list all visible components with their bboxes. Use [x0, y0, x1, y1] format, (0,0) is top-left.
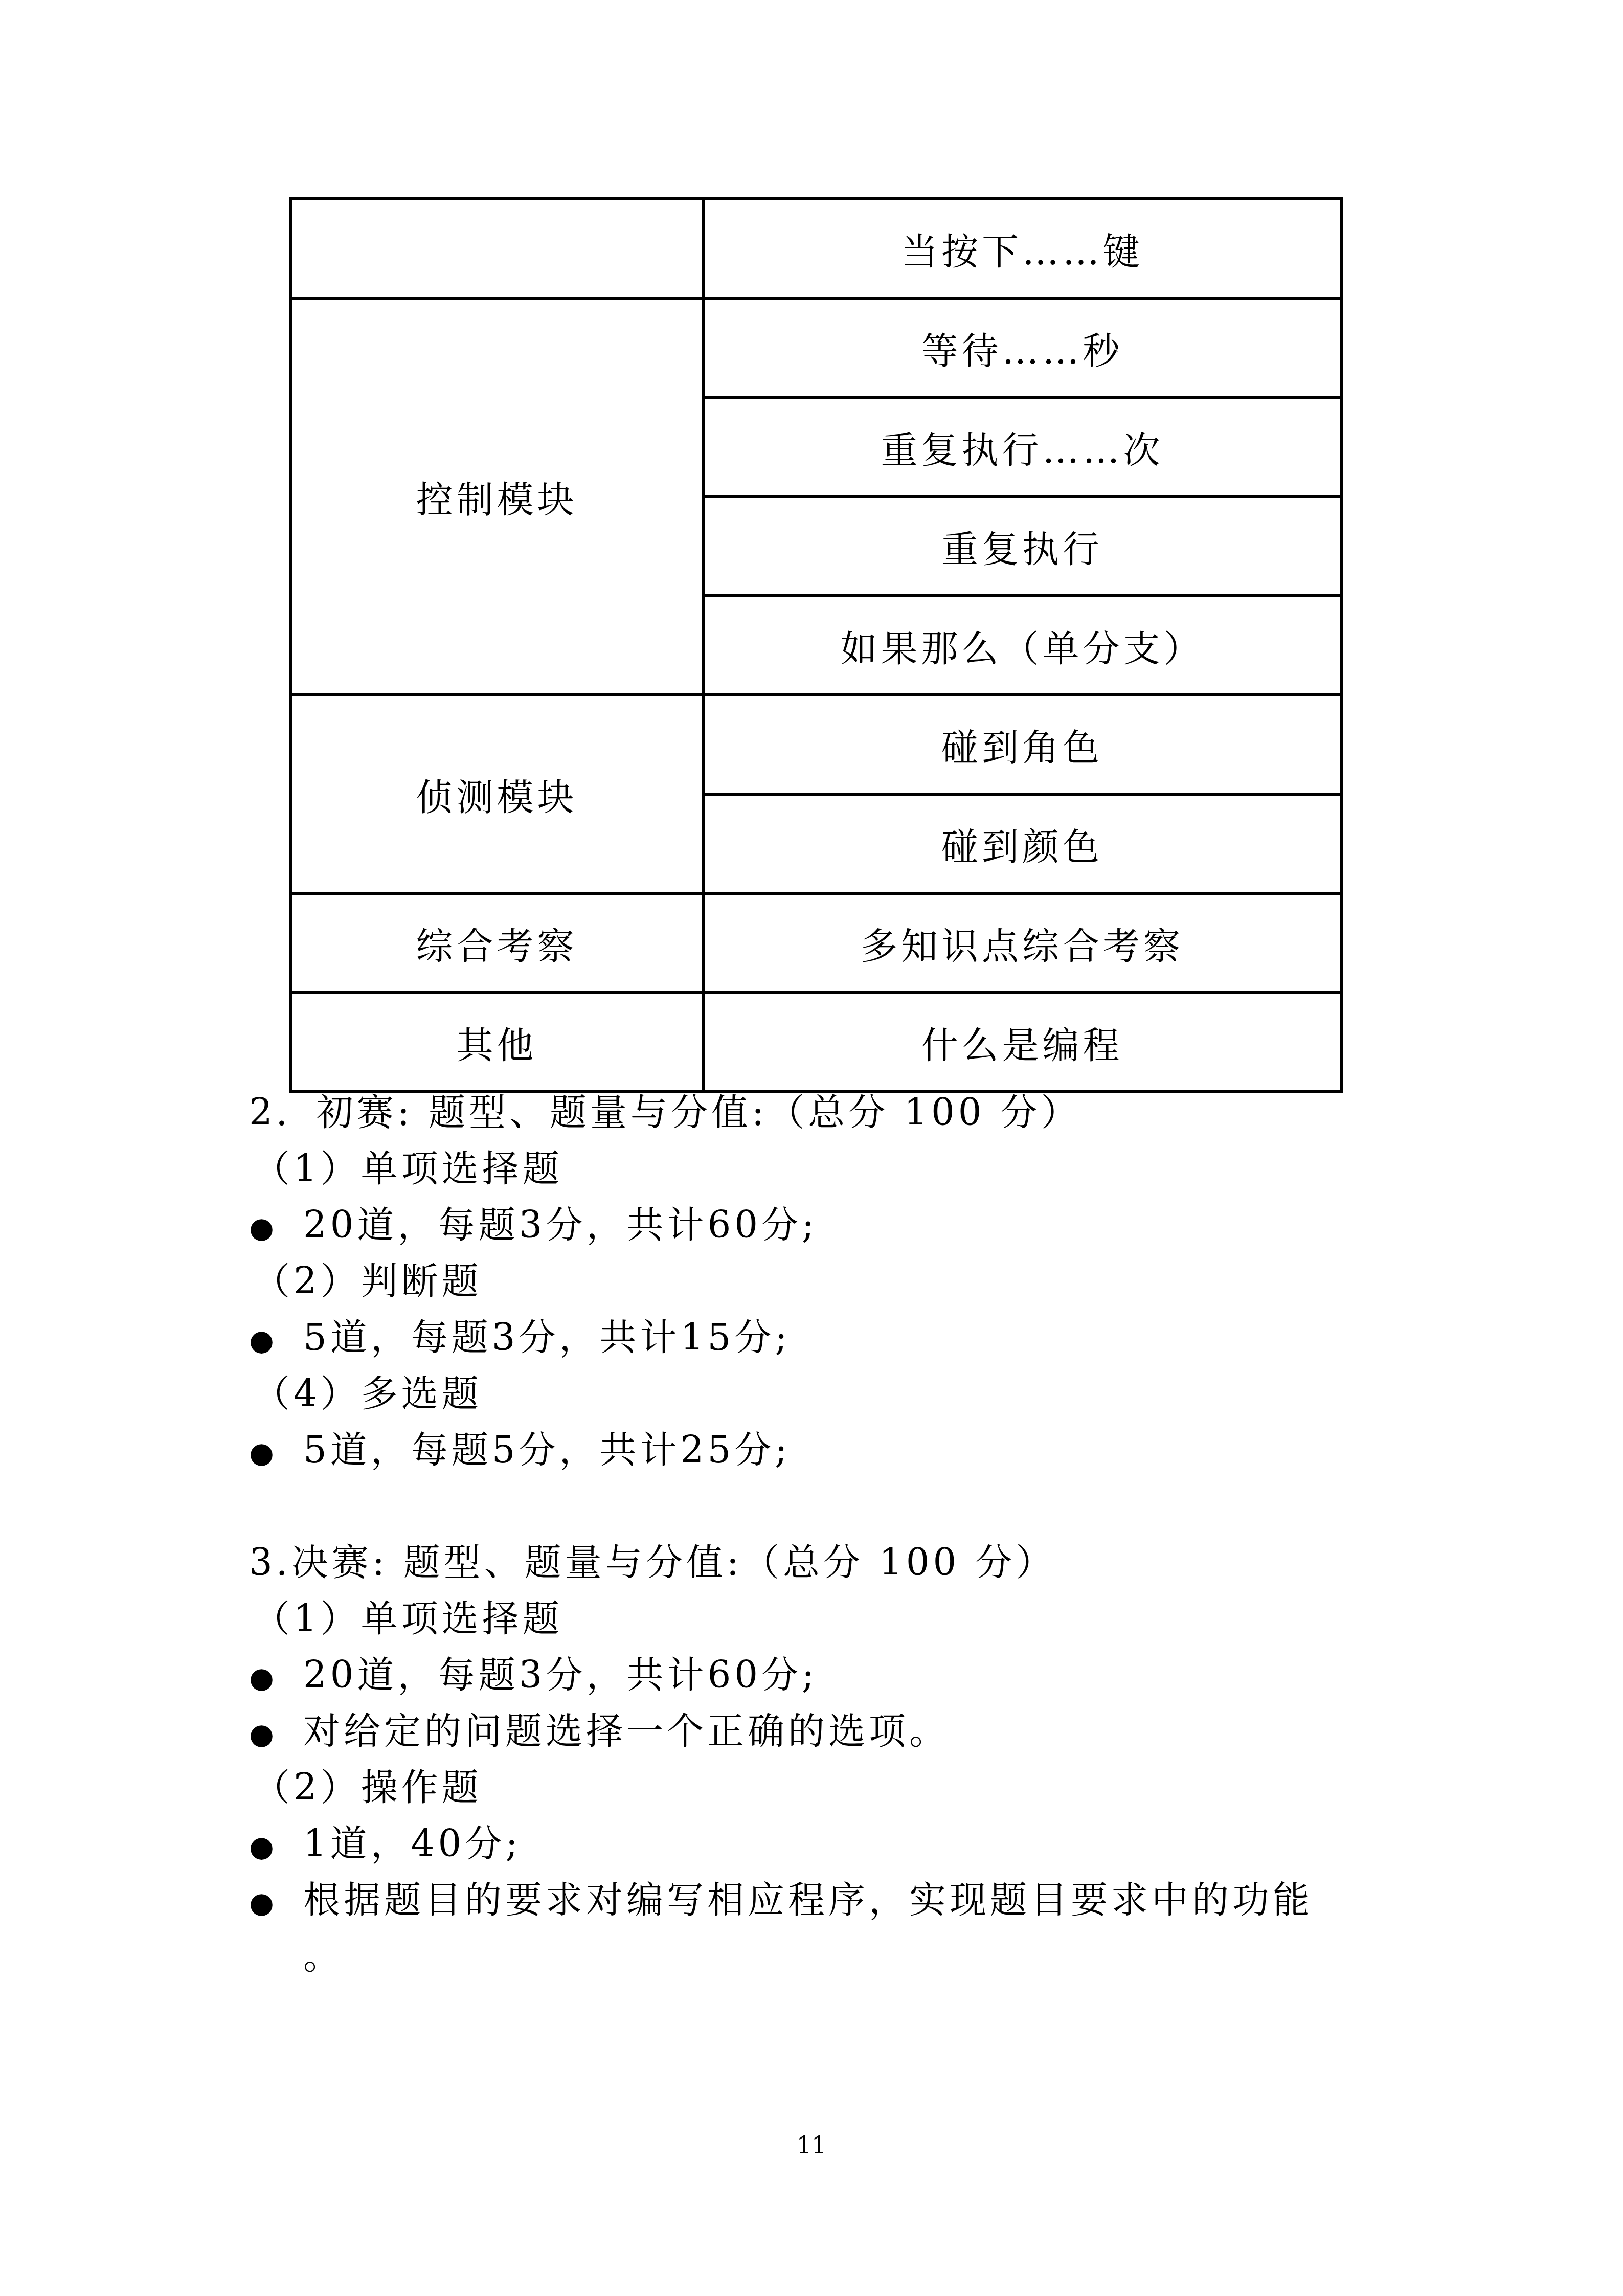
body-line-text: 对给定的问题选择一个正确的选项。 — [303, 1709, 950, 1752]
bullet-icon: ● — [249, 1875, 303, 1931]
table-cell-category: 控制模块 — [290, 298, 703, 695]
bullet-icon: ● — [249, 1313, 303, 1369]
body-text: 2．初赛: 题型、题量与分值:（总分 100 分） （1）单项选择题 ●20道，… — [249, 1084, 1579, 1984]
body-line-bullet: ●5道，每题3分，共计15分; — [249, 1309, 1579, 1365]
body-line-subheading: （1）单项选择题 — [249, 1140, 1579, 1197]
table-cell-category: 综合考察 — [290, 893, 703, 993]
table-cell-item: 当按下……键 — [703, 199, 1341, 298]
table-row: 侦测模块 碰到角色 — [290, 695, 1341, 794]
table-row: 其他 什么是编程 — [290, 993, 1341, 1092]
table-cell-item: 多知识点综合考察 — [703, 893, 1341, 993]
body-line-subheading: （2）操作题 — [249, 1759, 1579, 1815]
body-line-bullet: ●对给定的问题选择一个正确的选项。 — [249, 1703, 1579, 1759]
table-cell-item: 如果那么（单分支） — [703, 596, 1341, 695]
body-line-text: 5道，每题5分，共计25分; — [303, 1428, 791, 1471]
body-line-subheading: （2）判断题 — [249, 1253, 1579, 1309]
table-cell-item: 什么是编程 — [703, 993, 1341, 1092]
body-line-subheading: （4）多选题 — [249, 1365, 1579, 1422]
table-cell-category: 其他 — [290, 993, 703, 1092]
table-cell-item: 碰到颜色 — [703, 794, 1341, 893]
document-page: { "document": { "glyphs": { "bullet": "●… — [0, 0, 1623, 2296]
bullet-icon: ● — [249, 1706, 303, 1763]
body-line-text: 根据题目的要求对编写相应程序，实现题目要求中的功能 — [303, 1878, 1313, 1921]
body-line-subheading: （1）单项选择题 — [249, 1590, 1579, 1647]
body-line-text: 1道，40分; — [303, 1822, 522, 1865]
modules-table: 当按下……键 控制模块 等待……秒 重复执行……次 重复执行 如果那么（单分支）… — [289, 197, 1343, 1093]
bullet-icon: ● — [249, 1200, 303, 1256]
body-line-section-heading: 3.决赛: 题型、题量与分值:（总分 100 分） — [249, 1534, 1579, 1590]
table-cell-item: 重复执行……次 — [703, 397, 1341, 497]
body-line-bullet: ●20道，每题3分，共计60分; — [249, 1197, 1579, 1253]
body-line-text: 20道，每题3分，共计60分; — [303, 1653, 818, 1696]
table-row: 控制模块 等待……秒 — [290, 298, 1341, 397]
body-line-section-heading: 2．初赛: 题型、题量与分值:（总分 100 分） — [249, 1084, 1579, 1140]
table-cell-item: 等待……秒 — [703, 298, 1341, 397]
table-cell-category-continued — [290, 199, 703, 298]
body-line-bullet: ●1道，40分; — [249, 1815, 1579, 1872]
bullet-icon: ● — [249, 1819, 303, 1875]
body-line-text: 5道，每题3分，共计15分; — [303, 1316, 791, 1359]
table-row: 综合考察 多知识点综合考察 — [290, 893, 1341, 993]
body-line-bullet: ●5道，每题5分，共计25分; — [249, 1422, 1579, 1478]
table-row: 当按下……键 — [290, 199, 1341, 298]
page-number: 11 — [0, 2131, 1623, 2159]
bullet-icon: ● — [249, 1650, 303, 1706]
body-line-text: 20道，每题3分，共计60分; — [303, 1203, 818, 1246]
table-cell-item: 碰到角色 — [703, 695, 1341, 794]
table-cell-category: 侦测模块 — [290, 695, 703, 893]
bullet-icon: ● — [249, 1425, 303, 1481]
table-cell-item: 重复执行 — [703, 497, 1341, 596]
body-line-continuation: 。 — [249, 1928, 1579, 1984]
body-line-bullet: ●20道，每题3分，共计60分; — [249, 1647, 1579, 1703]
body-line-bullet: ●根据题目的要求对编写相应程序，实现题目要求中的功能 — [249, 1872, 1579, 1928]
